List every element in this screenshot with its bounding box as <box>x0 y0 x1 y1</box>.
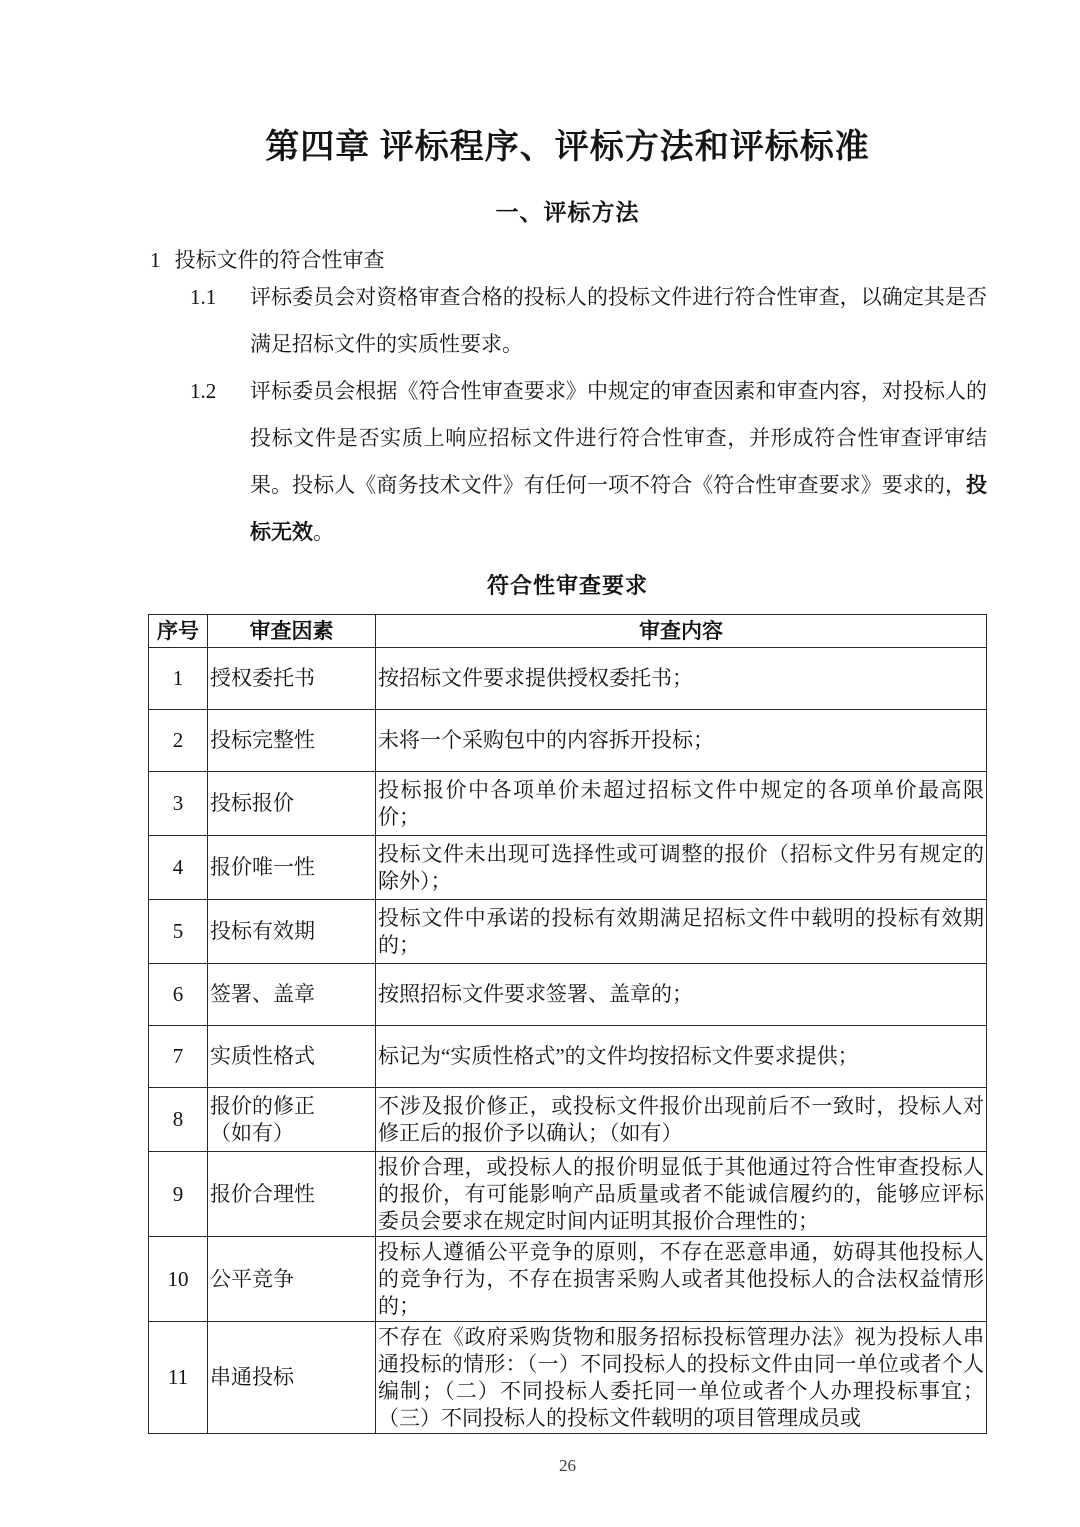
cell-factor: 投标完整性 <box>208 710 376 772</box>
cell-no: 11 <box>149 1322 208 1434</box>
cell-factor: 报价的修正 （如有） <box>208 1088 376 1152</box>
header-cell-no: 序号 <box>149 615 208 648</box>
clause-text: 评标委员会根据《符合性审查要求》中规定的审查因素和审查内容，对投标人的投标文件是… <box>250 379 987 497</box>
cell-factor: 授权委托书 <box>208 648 376 710</box>
cell-content: 投标文件中承诺的投标有效期满足招标文件中载明的投标有效期的； <box>376 900 987 964</box>
table-row: 6 签署、盖章 按照招标文件要求签署、盖章的； <box>149 964 987 1026</box>
clause-number: 1.2 <box>190 368 216 415</box>
table-row: 7 实质性格式 标记为“实质性格式”的文件均按招标文件要求提供； <box>149 1026 987 1088</box>
cell-factor: 公平竞争 <box>208 1237 376 1322</box>
table-row: 10 公平竞争 投标人遵循公平竞争的原则，不存在恶意串通，妨碍其他投标人的竞争行… <box>149 1237 987 1322</box>
cell-content: 按照招标文件要求签署、盖章的； <box>376 964 987 1026</box>
document-page: 第四章 评标程序、评标方法和评标标准 一、评标方法 1投标文件的符合性审查 1.… <box>0 0 1080 1527</box>
cell-no: 9 <box>149 1152 208 1237</box>
clause-1-2: 1.2 评标委员会根据《符合性审查要求》中规定的审查因素和审查内容，对投标人的投… <box>148 368 987 556</box>
cell-content: 不涉及报价修正，或投标文件报价出现前后不一致时，投标人对修正后的报价予以确认；（… <box>376 1088 987 1152</box>
table-header-row: 序号 审查因素 审查内容 <box>149 615 987 648</box>
clause-text: 。 <box>313 520 334 544</box>
page-number: 26 <box>148 1456 987 1476</box>
cell-factor: 报价唯一性 <box>208 836 376 900</box>
cell-no: 8 <box>149 1088 208 1152</box>
clause-text: 评标委员会对资格审查合格的投标人的投标文件进行符合性审查，以确定其是否满足招标文… <box>250 285 987 356</box>
cell-no: 3 <box>149 772 208 836</box>
cell-content: 投标文件未出现可选择性或可调整的报价（招标文件另有规定的除外）； <box>376 836 987 900</box>
table-caption: 符合性审查要求 <box>148 571 987 601</box>
table-row: 1 授权委托书 按招标文件要求提供授权委托书； <box>149 648 987 710</box>
section-heading: 1投标文件的符合性审查 <box>148 246 987 274</box>
cell-content: 投标人遵循公平竞争的原则，不存在恶意串通，妨碍其他投标人的竞争行为，不存在损害采… <box>376 1237 987 1322</box>
table-row: 4 报价唯一性 投标文件未出现可选择性或可调整的报价（招标文件另有规定的除外）； <box>149 836 987 900</box>
header-cell-factor: 审查因素 <box>208 615 376 648</box>
cell-no: 4 <box>149 836 208 900</box>
table-row: 3 投标报价 投标报价中各项单价未超过招标文件中规定的各项单价最高限价； <box>149 772 987 836</box>
cell-no: 6 <box>149 964 208 1026</box>
cell-factor: 签署、盖章 <box>208 964 376 1026</box>
section-heading-label: 投标文件的符合性审查 <box>175 248 385 272</box>
table-row: 2 投标完整性 未将一个采购包中的内容拆开投标； <box>149 710 987 772</box>
cell-factor: 报价合理性 <box>208 1152 376 1237</box>
cell-factor: 串通投标 <box>208 1322 376 1434</box>
cell-no: 5 <box>149 900 208 964</box>
cell-no: 10 <box>149 1237 208 1322</box>
cell-content: 未将一个采购包中的内容拆开投标； <box>376 710 987 772</box>
cell-factor: 投标有效期 <box>208 900 376 964</box>
table-row: 11 串通投标 不存在《政府采购货物和服务招标投标管理办法》视为投标人串通投标的… <box>149 1322 987 1434</box>
table-row: 9 报价合理性 报价合理，或投标人的报价明显低于其他通过符合性审查投标人的报价，… <box>149 1152 987 1237</box>
table-row: 8 报价的修正 （如有） 不涉及报价修正，或投标文件报价出现前后不一致时，投标人… <box>149 1088 987 1152</box>
header-cell-content: 审查内容 <box>376 615 987 648</box>
section-subtitle: 一、评标方法 <box>148 198 987 228</box>
compliance-review-table: 序号 审查因素 审查内容 1 授权委托书 按招标文件要求提供授权委托书； 2 投… <box>148 614 987 1434</box>
cell-no: 7 <box>149 1026 208 1088</box>
clause-number: 1.1 <box>190 274 216 321</box>
section-number: 1 <box>150 246 161 274</box>
table-row: 5 投标有效期 投标文件中承诺的投标有效期满足招标文件中载明的投标有效期的； <box>149 900 987 964</box>
clause-1-1: 1.1 评标委员会对资格审查合格的投标人的投标文件进行符合性审查，以确定其是否满… <box>148 274 987 368</box>
cell-content: 标记为“实质性格式”的文件均按招标文件要求提供； <box>376 1026 987 1088</box>
cell-content: 不存在《政府采购货物和服务招标投标管理办法》视为投标人串通投标的情形：（一）不同… <box>376 1322 987 1434</box>
cell-content: 按招标文件要求提供授权委托书； <box>376 648 987 710</box>
cell-no: 1 <box>149 648 208 710</box>
page-title: 第四章 评标程序、评标方法和评标标准 <box>148 126 987 170</box>
cell-factor: 实质性格式 <box>208 1026 376 1088</box>
cell-factor: 投标报价 <box>208 772 376 836</box>
cell-no: 2 <box>149 710 208 772</box>
cell-content: 报价合理，或投标人的报价明显低于其他通过符合性审查投标人的报价，有可能影响产品质… <box>376 1152 987 1237</box>
cell-content: 投标报价中各项单价未超过招标文件中规定的各项单价最高限价； <box>376 772 987 836</box>
